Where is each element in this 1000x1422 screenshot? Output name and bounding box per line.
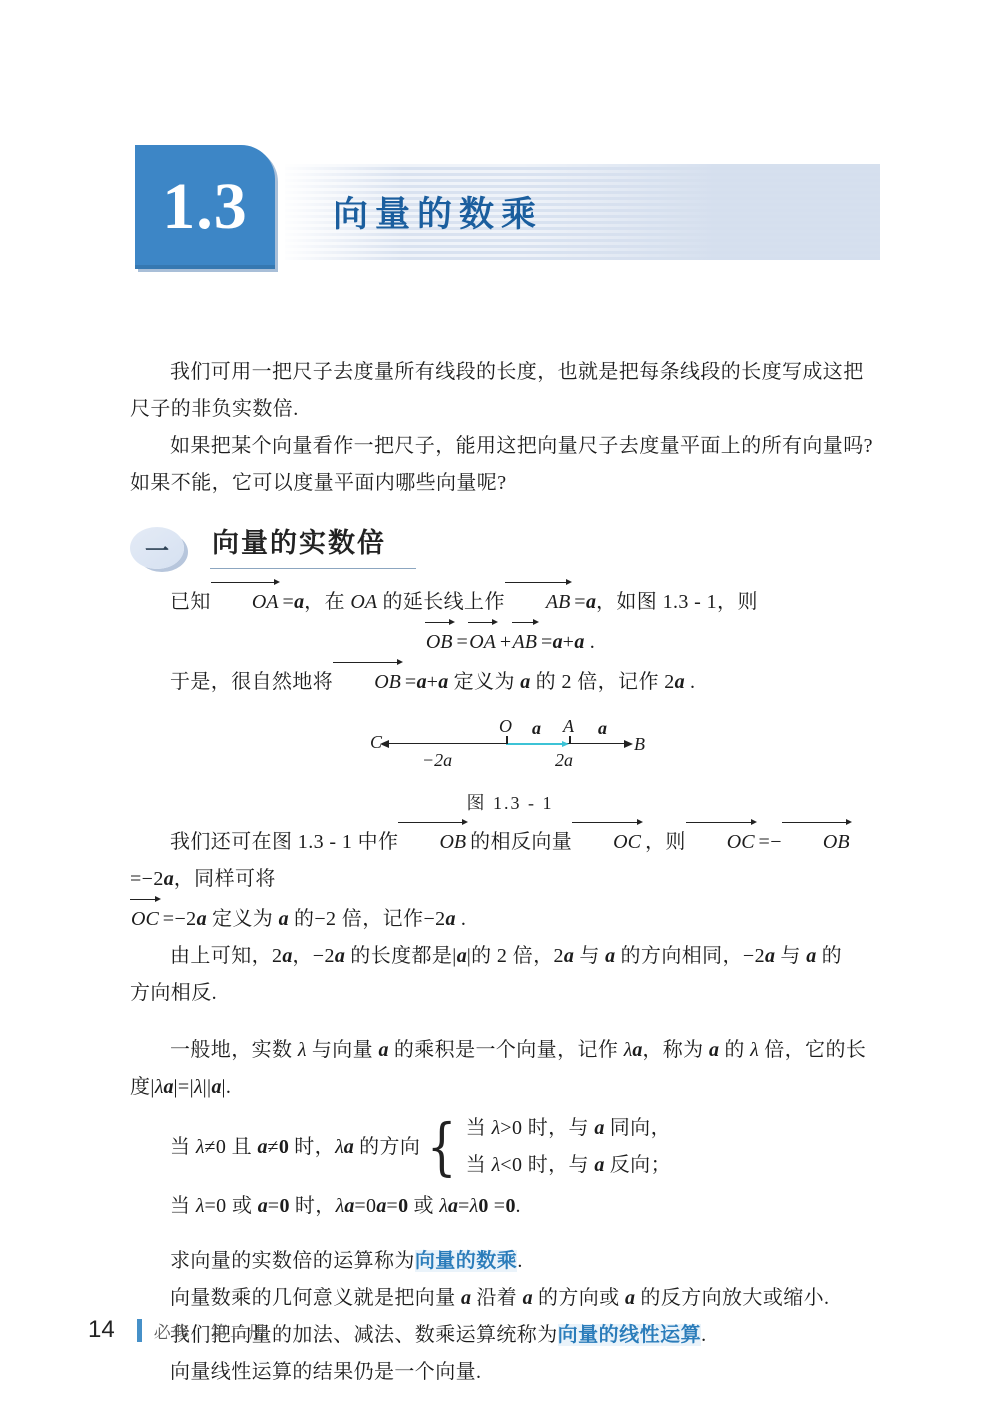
tick-O: [506, 736, 508, 744]
figure-1-3-1: C B O A a a −2a 2a 图 1.3 - 1: [130, 717, 890, 815]
paragraph-line: 我们可用一把尺子去度量所有线段的长度，也就是把每条线段的长度写成这把: [130, 354, 890, 391]
paragraph-line: 一般地，实数 λ 与向量 a 的乘积是一个向量，记作 λa，称为 a 的 λ 倍…: [130, 1032, 890, 1069]
paragraph-line: OC=−2a 定义为 a 的−2 倍，记作−2a .: [130, 898, 890, 938]
section-title: 向量的实数倍: [210, 521, 416, 569]
spacer: [130, 1225, 890, 1243]
paragraph-line: 度|λa|=|λ||a|.: [130, 1069, 890, 1106]
chapter-number-box: 1.3: [135, 145, 275, 269]
paragraph-line: 尺子的非负实数倍.: [130, 391, 890, 428]
vector-a-segment: [506, 743, 564, 745]
paragraph-line: 向量线性运算的结果仍是一个向量.: [130, 1354, 890, 1391]
page-number: 14: [88, 1316, 115, 1344]
textbook-page: 1.3 向量的数乘 我们可用一把尺子去度量所有线段的长度，也就是把每条线段的长度…: [0, 0, 1000, 1422]
vector-label-neg2a: −2a: [422, 751, 452, 769]
tick-A: [569, 736, 571, 744]
chapter-number: 1.3: [162, 169, 248, 245]
vector-label-a2: a: [598, 719, 607, 737]
section-marker: 一: [145, 531, 169, 566]
paragraph-line: 已知OA=a，在 OA 的延长线上作AB=a，如图 1.3 - 1，则: [130, 581, 890, 621]
point-label-B: B: [634, 735, 645, 753]
number-line-diagram: C B O A a a −2a 2a: [370, 717, 650, 773]
case-line: 当 λ>0 时，与 a 同向，: [466, 1110, 671, 1147]
vector-label-a1: a: [532, 719, 541, 737]
paragraph-line: 向量数乘的几何意义就是把向量 a 沿着 a 的方向或 a 的反方向放大或缩小.: [130, 1280, 890, 1317]
case-line: 当 λ<0 时，与 a 反向；: [466, 1147, 671, 1184]
cases-list: 当 λ>0 时，与 a 同向， 当 λ<0 时，与 a 反向；: [466, 1110, 671, 1184]
chapter-title: 向量的数乘: [285, 187, 543, 237]
point-label-C: C: [370, 733, 382, 751]
point-label-O: O: [499, 717, 512, 735]
page-content: 我们可用一把尺子去度量所有线段的长度，也就是把每条线段的长度写成这把 尺子的非负…: [130, 354, 890, 1391]
paragraph-line: 方向相反.: [130, 975, 890, 1012]
section-heading: 一 向量的实数倍: [130, 519, 890, 569]
equation-line: OB=OA+AB=a+a .: [130, 621, 890, 661]
footer-book-label: 必修 第二册: [154, 1318, 268, 1343]
direction-cases: 当 λ≠0 且 a≠0 时，λa 的方向 { 当 λ>0 时，与 a 同向， 当…: [130, 1110, 890, 1184]
paragraph-line: 由上可知，2a，−2a 的长度都是|a|的 2 倍，2a 与 a 的方向相同，−…: [130, 938, 890, 975]
spacer: [130, 1012, 890, 1032]
chapter-title-band: 向量的数乘: [285, 164, 880, 260]
paragraph-line: 如果不能，它可以度量平面内哪些向量呢?: [130, 465, 890, 502]
section-marker-badge: 一: [130, 527, 184, 569]
paragraph-line: 求向量的实数倍的运算称为向量的数乘.: [130, 1243, 890, 1280]
paragraph-line: 我们还可在图 1.3 - 1 中作OB的相反向量OC，则OC=−OB=−2a，同…: [130, 821, 890, 898]
cases-lead-text: 当 λ≠0 且 a≠0 时，λa 的方向: [130, 1129, 420, 1166]
brace-glyph: {: [427, 1110, 457, 1184]
page-footer: 14 必修 第二册: [88, 1316, 268, 1344]
vector-label-2a: 2a: [555, 751, 573, 769]
point-label-A: A: [563, 717, 574, 735]
paragraph-line: 于是，很自然地将OB=a+a 定义为 a 的 2 倍，记作 2a .: [130, 661, 890, 701]
paragraph-line: 如果把某个向量看作一把尺子，能用这把向量尺子去度量平面上的所有向量吗?: [130, 428, 890, 465]
paragraph-line: 当 λ=0 或 a=0 时，λa=0a=0 或 λa=λ0 =0.: [130, 1188, 890, 1225]
footer-divider: [137, 1319, 142, 1342]
figure-caption: 图 1.3 - 1: [130, 789, 890, 815]
